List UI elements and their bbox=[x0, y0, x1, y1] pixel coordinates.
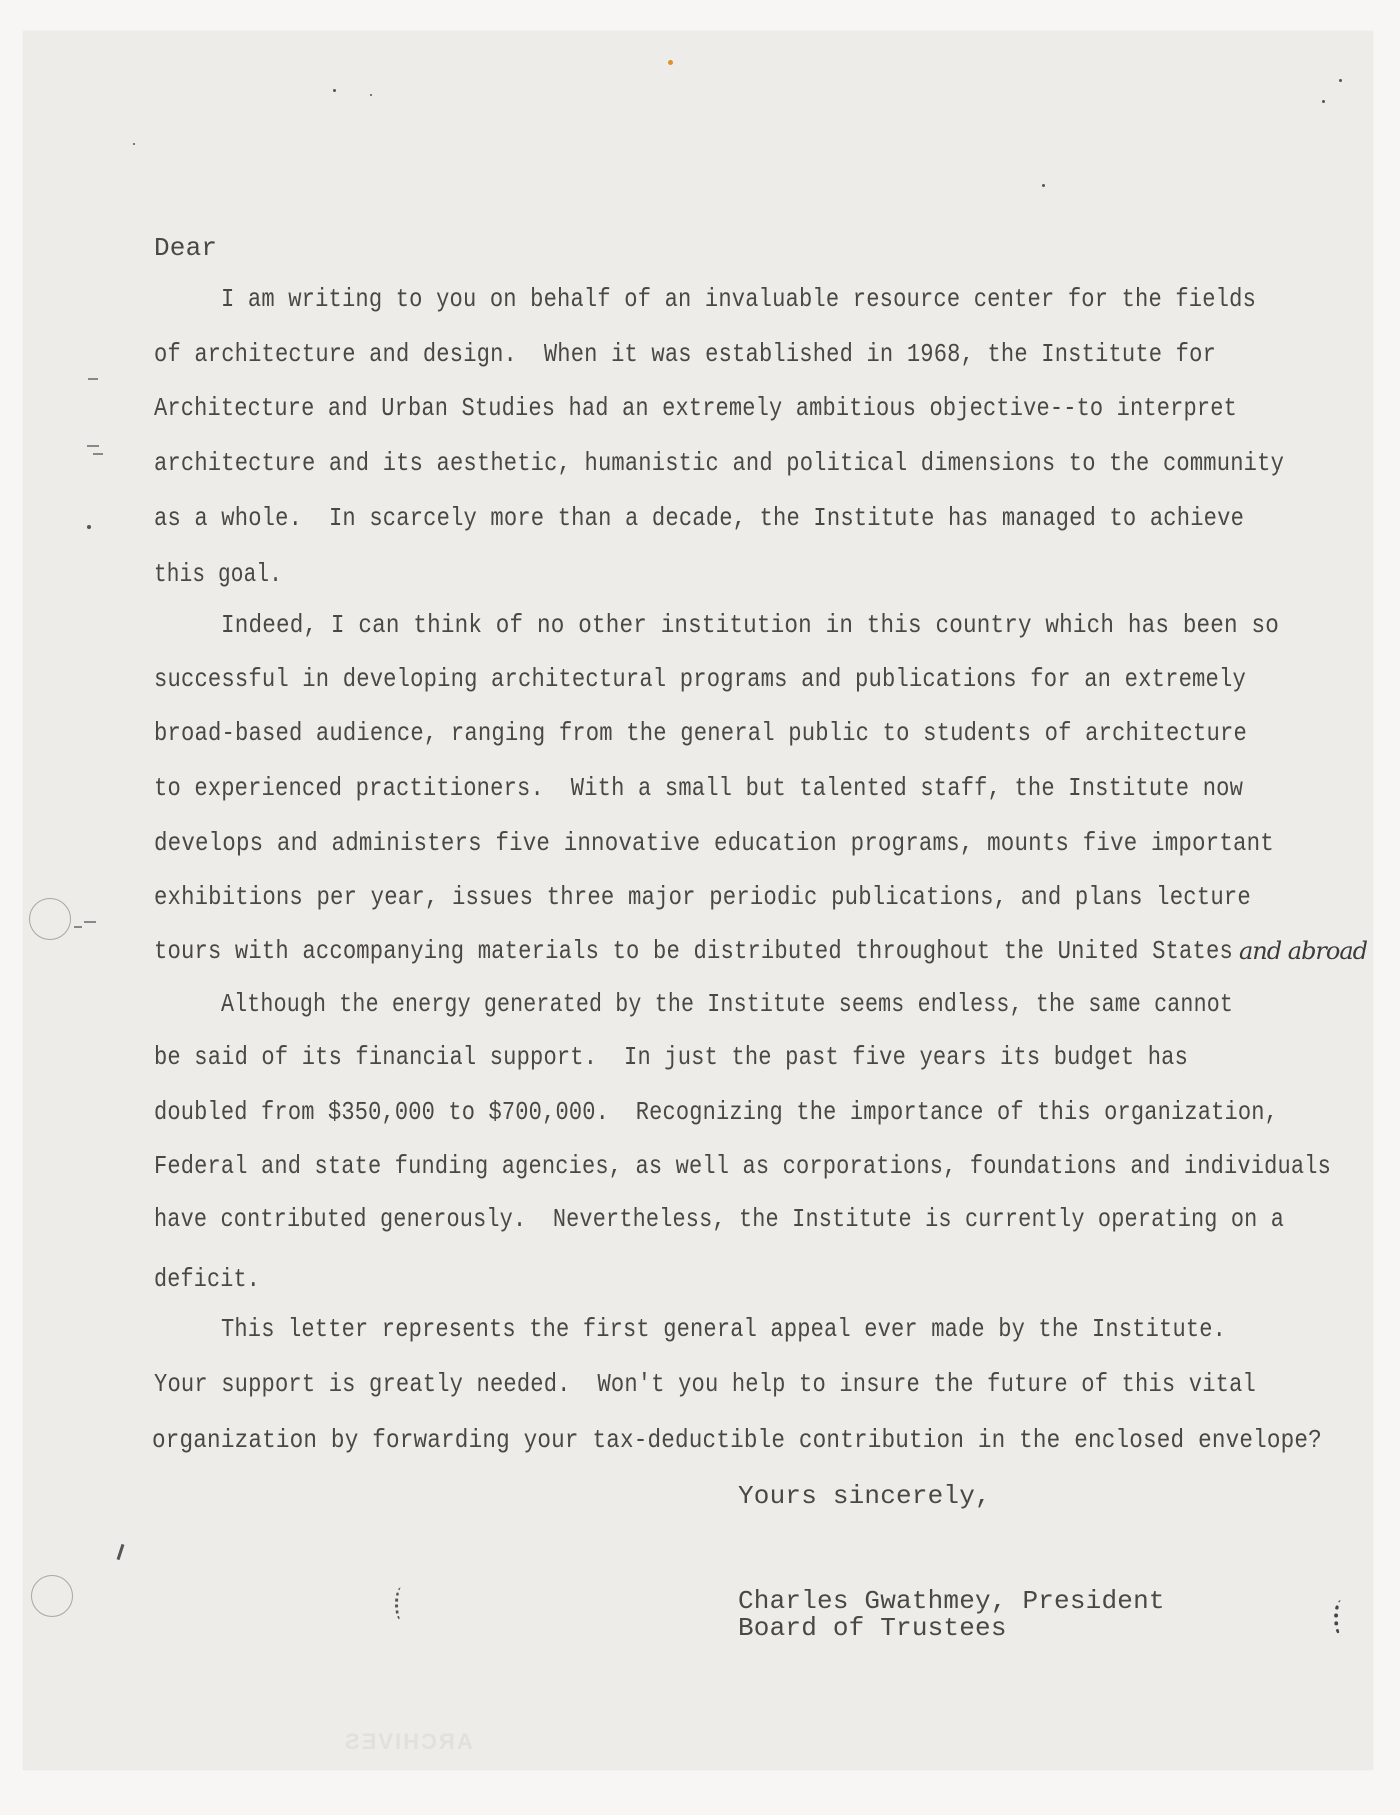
letter-page: Dear I am writing to you on behalf of an… bbox=[23, 31, 1373, 1770]
paragraph-2-line-1: Indeed, I can think of no other institut… bbox=[221, 610, 1279, 640]
ink-smudge bbox=[117, 1544, 125, 1560]
paragraph-1-line-3: Architecture and Urban Studies had an ex… bbox=[154, 393, 1237, 423]
salutation: Dear bbox=[154, 233, 217, 263]
paragraph-1-line-5: as a whole. In scarcely more than a deca… bbox=[154, 503, 1244, 533]
margin-mark bbox=[84, 921, 96, 923]
margin-mark bbox=[93, 453, 103, 455]
ink-smudge bbox=[1334, 1600, 1348, 1636]
paragraph-3-line-3: doubled from $350,000 to $700,000. Recog… bbox=[154, 1097, 1278, 1127]
paragraph-2-line-6: exhibitions per year, issues three major… bbox=[154, 882, 1251, 912]
paragraph-3-line-2: be said of its financial support. In jus… bbox=[154, 1042, 1188, 1072]
speck bbox=[1042, 184, 1045, 187]
hole-punch-bottom bbox=[31, 1575, 73, 1617]
speck bbox=[668, 60, 673, 65]
speck bbox=[1322, 100, 1325, 103]
signature-board: Board of Trustees bbox=[738, 1613, 1007, 1643]
paragraph-4-line-2: Your support is greatly needed. Won't yo… bbox=[154, 1369, 1256, 1399]
paragraph-4-line-1: This letter represents the first general… bbox=[221, 1314, 1226, 1344]
paragraph-2-line-4: to experienced practitioners. With a sma… bbox=[154, 773, 1243, 803]
handwritten-insert: and abroad bbox=[1239, 937, 1367, 965]
margin-mark bbox=[74, 926, 82, 928]
hole-punch-top bbox=[29, 898, 71, 940]
paragraph-1-line-4: architecture and its aesthetic, humanist… bbox=[154, 448, 1284, 478]
paragraph-2-line-2: successful in developing architectural p… bbox=[154, 664, 1246, 694]
paragraph-1-line-6: this goal. bbox=[154, 559, 282, 589]
paragraph-2-line-3: broad-based audience, ranging from the g… bbox=[154, 718, 1247, 748]
paragraph-3-line-4: Federal and state funding agencies, as w… bbox=[154, 1151, 1331, 1181]
paragraph-1-line-2: of architecture and design. When it was … bbox=[154, 339, 1216, 369]
paragraph-3-line-5: have contributed generously. Nevertheles… bbox=[154, 1204, 1284, 1234]
speck bbox=[133, 143, 135, 145]
closing: Yours sincerely, bbox=[738, 1481, 991, 1511]
paragraph-3-line-6: deficit. bbox=[154, 1264, 260, 1294]
paragraph-2-line-5: develops and administers five innovative… bbox=[154, 828, 1274, 858]
paragraph-3-line-1: Although the energy generated by the Ins… bbox=[221, 989, 1233, 1019]
speck bbox=[1339, 79, 1342, 82]
paragraph-1-line-1: I am writing to you on behalf of an inva… bbox=[221, 284, 1256, 314]
speck bbox=[333, 89, 336, 92]
speck bbox=[370, 94, 372, 96]
bleed-through-stamp: ARCHIVES bbox=[343, 1729, 473, 1755]
margin-mark bbox=[87, 445, 99, 447]
paragraph-4-line-3: organization by forwarding your tax-dedu… bbox=[152, 1425, 1322, 1455]
margin-mark bbox=[88, 378, 98, 380]
ink-smudge bbox=[395, 1587, 408, 1621]
margin-dot bbox=[87, 525, 91, 529]
paragraph-2-line-7: tours with accompanying materials to be … bbox=[154, 936, 1233, 966]
signature-name-title: Charles Gwathmey, President bbox=[738, 1586, 1165, 1616]
